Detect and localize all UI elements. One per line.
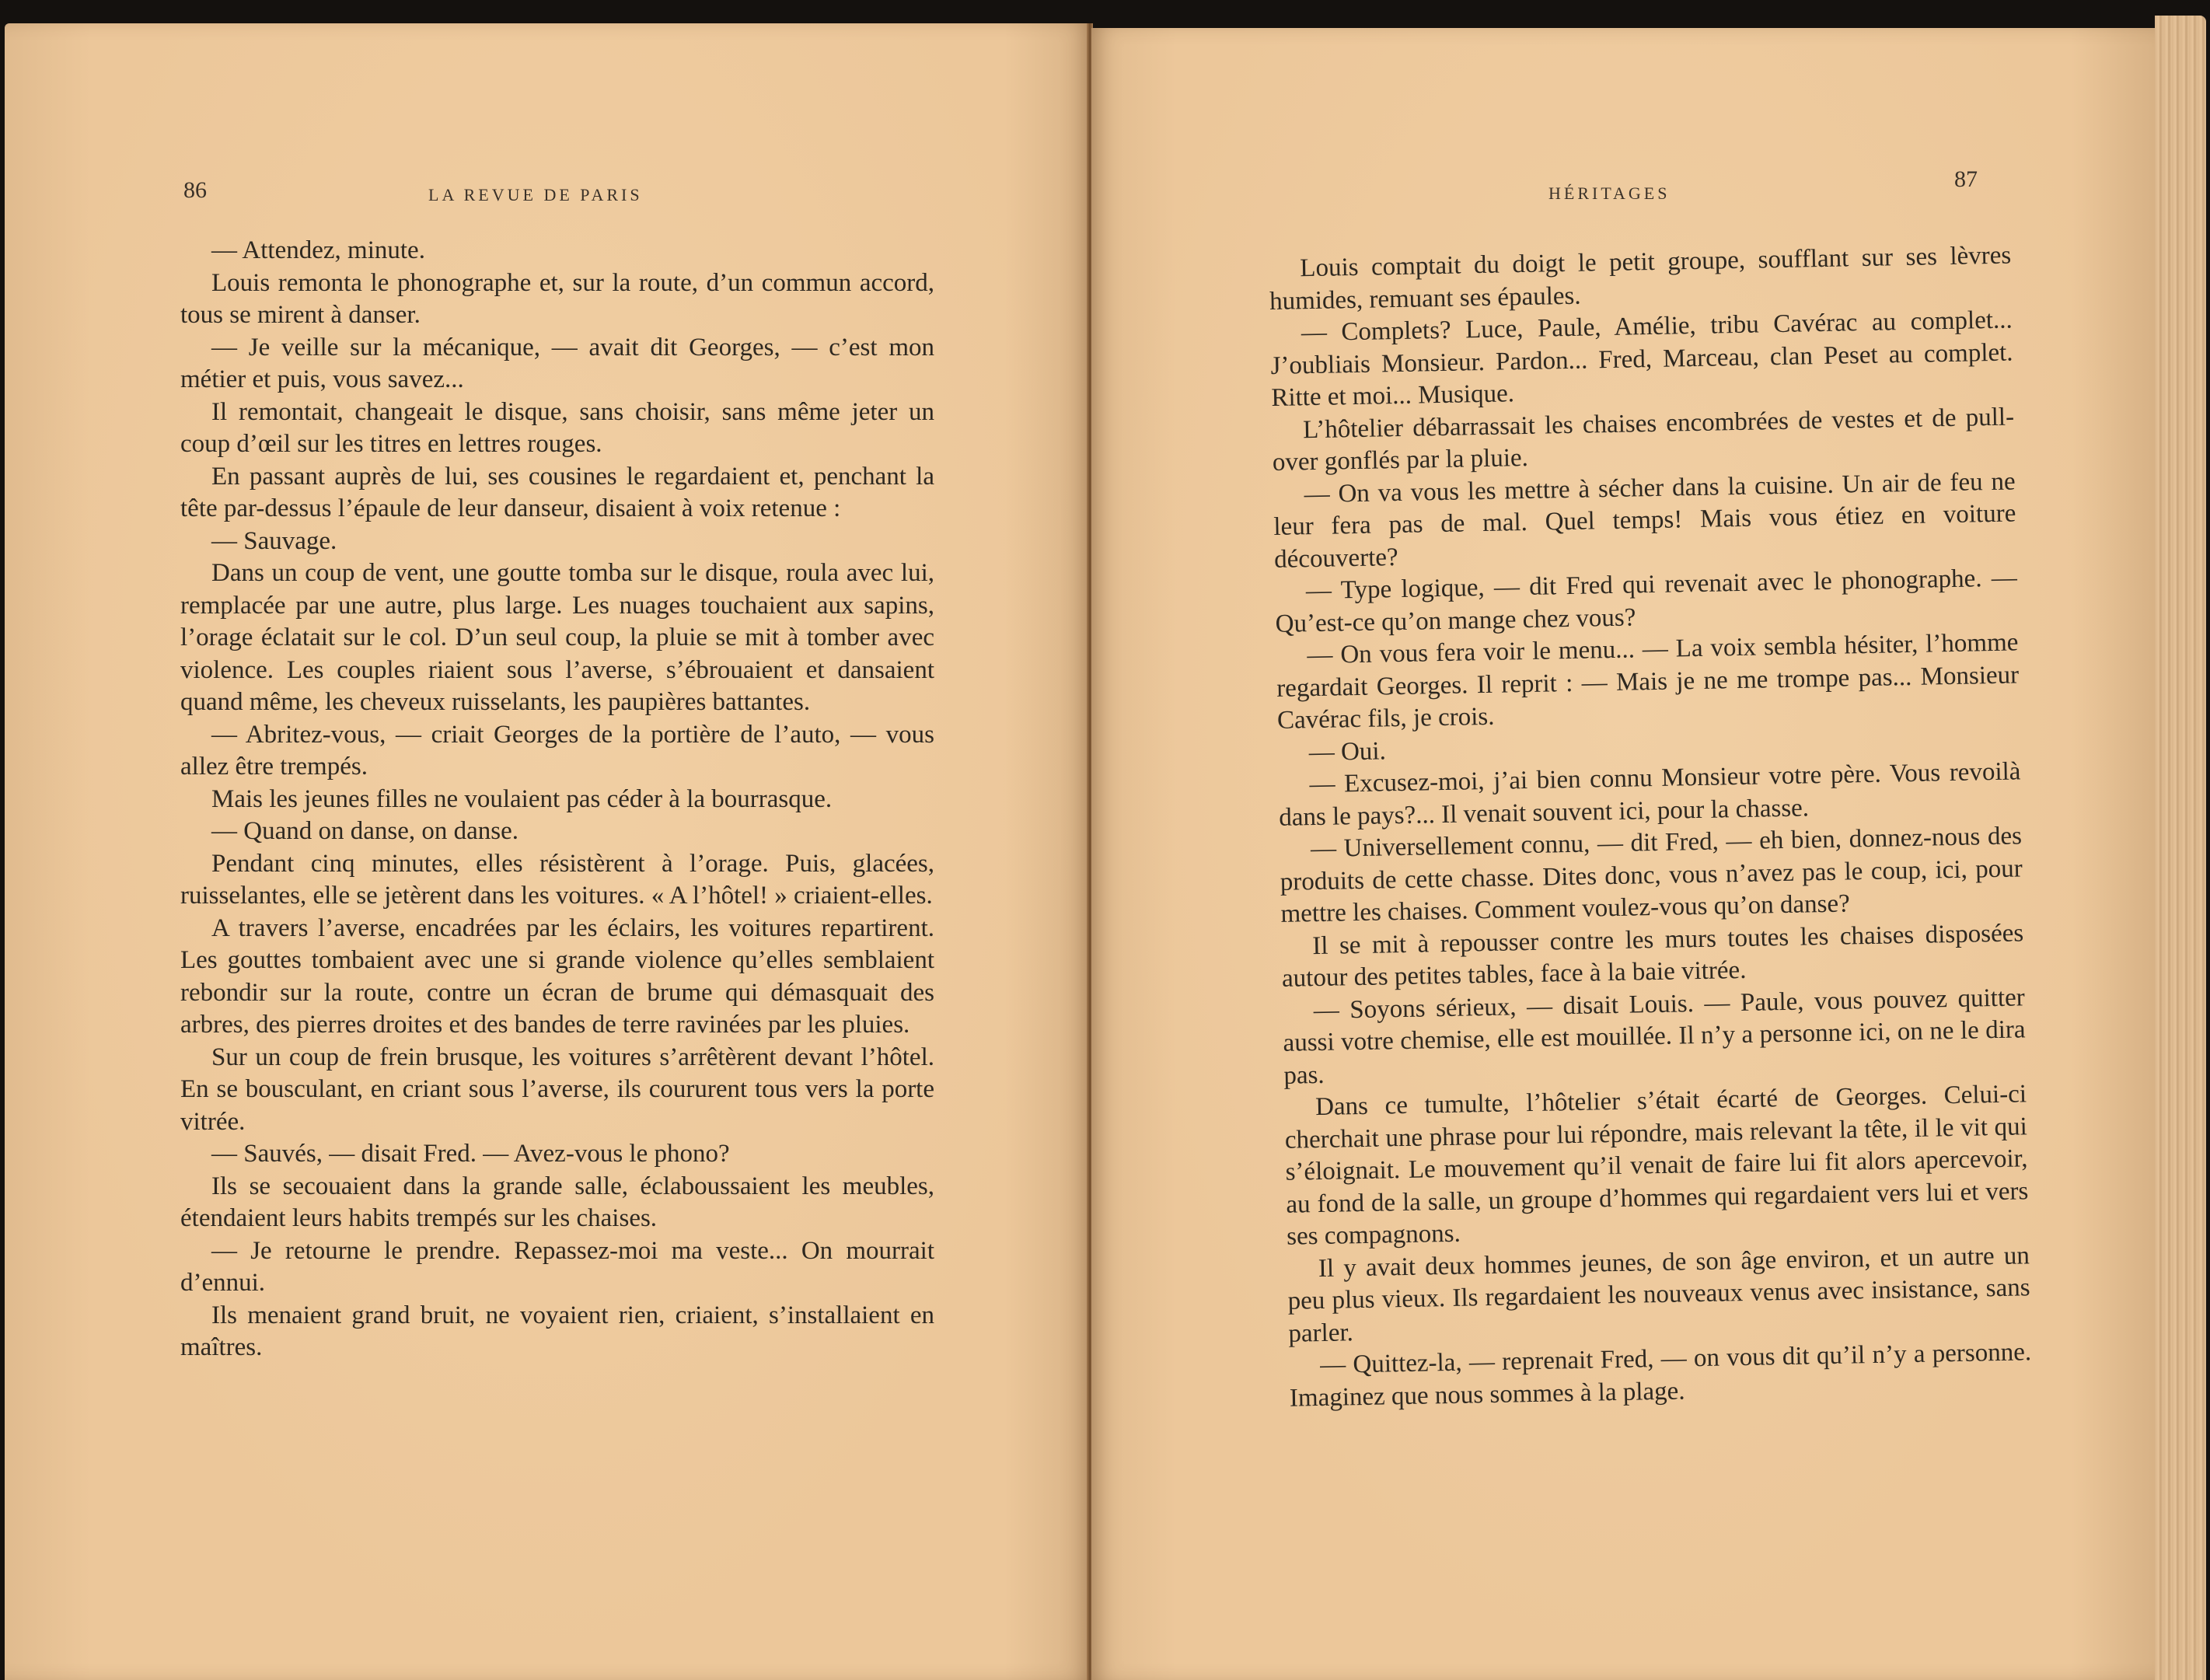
paragraph: — On vous fera voir le menu... — La voix… bbox=[1276, 627, 2020, 737]
paragraph: — On va vous les mettre à sécher dans la… bbox=[1273, 466, 2016, 576]
paragraph: Ils menaient grand bruit, ne voyaient ri… bbox=[180, 1300, 934, 1364]
right-page-text: Louis comptait du doigt le petit groupe,… bbox=[1269, 239, 2032, 1414]
paragraph: Ils se secouaient dans la grande salle, … bbox=[180, 1171, 934, 1235]
paragraph: Sur un coup de frein brusque, les voitur… bbox=[180, 1042, 934, 1139]
open-book: 86 LA REVUE DE PARIS — Attendez, minute.… bbox=[0, 0, 2210, 1680]
paragraph: — Quand on danse, on danse. bbox=[180, 816, 934, 848]
paragraph: — Je retourne le prendre. Repassez-moi m… bbox=[180, 1235, 934, 1300]
page-number-left: 86 bbox=[183, 177, 207, 204]
paragraph: Louis remonta le phonographe et, sur la … bbox=[180, 267, 934, 332]
paragraph: Mais les jeunes filles ne voulaient pas … bbox=[180, 784, 934, 816]
paragraph: Dans ce tumulte, l’hôtelier s’était écar… bbox=[1284, 1078, 2030, 1253]
paragraph: — Sauvage. bbox=[180, 526, 934, 558]
paragraph: — Soyons sérieux, — disait Louis. — Paul… bbox=[1282, 982, 2026, 1092]
page-stack-edge bbox=[2155, 16, 2206, 1680]
paragraph: A travers l’averse, encadrées par les éc… bbox=[180, 913, 934, 1042]
paragraph: En passant auprès de lui, ses cousines l… bbox=[180, 461, 934, 526]
paragraph: — Universellement connu, — dit Fred, — e… bbox=[1280, 820, 2023, 931]
paragraph: Il remontait, changeait le disque, sans … bbox=[180, 396, 934, 461]
paragraph: — Attendez, minute. bbox=[180, 235, 934, 267]
paragraph: — Abritez-vous, — criait Georges de la p… bbox=[180, 719, 934, 784]
paragraph: — Quittez-la, — reprenait Fred, — on vou… bbox=[1289, 1336, 2032, 1414]
left-page-text: — Attendez, minute. Louis remonta le pho… bbox=[180, 235, 934, 1364]
paragraph: — Complets? Luce, Paule, Amélie, tribu C… bbox=[1270, 304, 2014, 414]
running-head-left: LA REVUE DE PARIS bbox=[428, 185, 643, 205]
paragraph: — Je veille sur la mécanique, — avait di… bbox=[180, 332, 934, 396]
running-head-right: HÉRITAGES bbox=[1548, 183, 1670, 204]
paragraph: Il y avait deux hommes jeunes, de son âg… bbox=[1287, 1240, 2031, 1350]
page-number-right: 87 bbox=[1954, 166, 1978, 193]
right-page: 87 HÉRITAGES Louis comptait du doigt le … bbox=[1091, 28, 2156, 1680]
paragraph: Dans un coup de vent, une goutte tomba s… bbox=[180, 557, 934, 719]
paragraph: — Sauvés, — disait Fred. — Avez-vous le … bbox=[180, 1138, 934, 1171]
paragraph: Pendant cinq minutes, elles résistèrent … bbox=[180, 848, 934, 913]
left-page: 86 LA REVUE DE PARIS — Attendez, minute.… bbox=[5, 23, 1091, 1680]
